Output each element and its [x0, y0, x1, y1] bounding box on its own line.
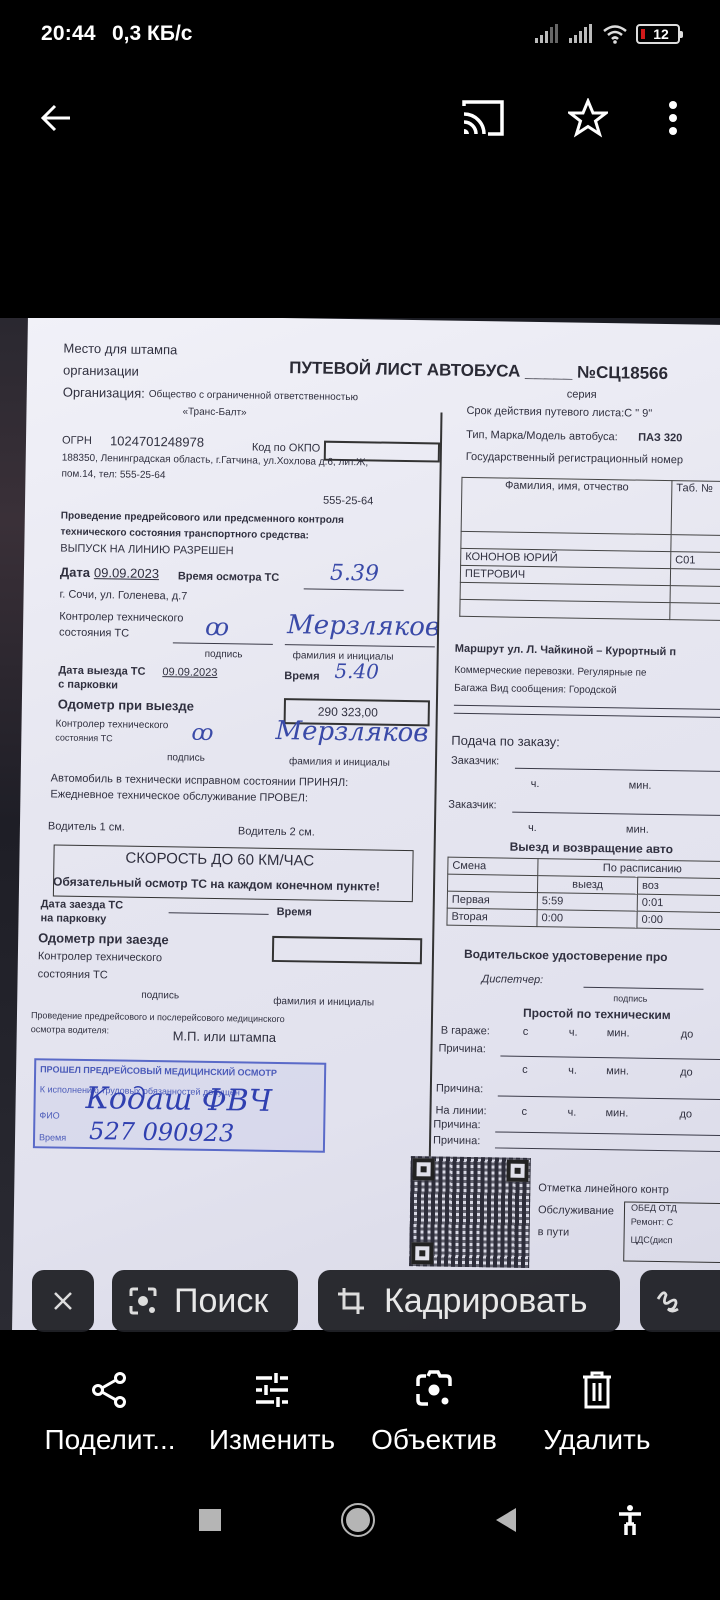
odometer-in-box: [272, 936, 422, 964]
recents-button[interactable]: [180, 1490, 240, 1550]
crew-cell: С01: [671, 552, 720, 570]
schedule-subheader: [447, 874, 537, 892]
validity-label: Срок действия путевого листа:С " 9": [466, 405, 652, 420]
crew-header-tab: Таб. №: [671, 481, 720, 536]
close-icon: [52, 1290, 74, 1312]
star-outline-icon: [568, 98, 608, 138]
departure-date-label-1: Дата выезда ТС: [58, 665, 145, 678]
controller-label-4: состояния ТС: [55, 732, 113, 743]
stamp-line-4: Время: [39, 1132, 66, 1142]
stamp-line-1: ПРОШЕЛ ПРЕДРЕЙСОВЫЙ МЕДИЦИНСКИЙ ОСМОТР: [40, 1064, 277, 1078]
reason-line: [495, 1147, 720, 1152]
reason-line: [500, 1056, 720, 1061]
crew-cell: [671, 535, 720, 553]
reg-number-label: Государственный регистрационный номер: [466, 451, 683, 466]
status-time: 20:44: [41, 22, 96, 46]
back-nav-button[interactable]: [476, 1490, 536, 1550]
customer-line: [512, 812, 720, 817]
return-date-label-1: Дата заезда ТС: [41, 898, 124, 911]
controller-signature-2: ꝏ: [191, 721, 213, 746]
search-chip-label: Поиск: [174, 1282, 268, 1321]
controller-name-handwritten-2: Мерзляков: [275, 716, 428, 748]
crew-cell: [670, 586, 720, 604]
battery-level: 12: [653, 26, 669, 42]
back-triangle-icon: [494, 1506, 518, 1534]
markup-icon: [654, 1287, 682, 1315]
dispatcher-line: [583, 987, 703, 990]
driver2-label: Водитель 2 см.: [238, 825, 315, 838]
qr-finder: [412, 1158, 434, 1180]
edit-label: Изменить: [209, 1424, 335, 1456]
medical-text-1: Проведение предрейсового и послерейсовог…: [31, 1010, 285, 1024]
accessibility-icon: [616, 1504, 644, 1536]
share-label: Поделит...: [44, 1424, 175, 1456]
to-label: до: [681, 1028, 694, 1040]
organization-label: Организация:: [63, 385, 145, 401]
organization: Общество с ограниченной ответственностью: [149, 389, 358, 403]
medical-stamp: ПРОШЕЛ ПРЕДРЕЙСОВЫЙ МЕДИЦИНСКИЙ ОСМОТР К…: [33, 1058, 326, 1153]
controller-label-6: состояния ТС: [38, 968, 108, 981]
more-vert-icon: [667, 100, 679, 136]
lens-icon: [414, 1370, 454, 1410]
date-value: 09.09.2023: [94, 565, 159, 581]
minutes-label-1: мин.: [629, 779, 652, 791]
signature-caption-3: подпись: [141, 990, 179, 1002]
return-date-label-2: на парковку: [40, 912, 106, 925]
cast-button[interactable]: [455, 90, 511, 146]
departure-date: 09.09.2023: [162, 666, 217, 679]
schedule-table: СменаПо расписанию выездвоз Первая5:590:…: [446, 857, 720, 931]
schedule-cell: 5:59: [537, 893, 637, 912]
ogrn-value: 1024701248978: [110, 433, 204, 449]
to-label-2: до: [680, 1066, 693, 1078]
back-button[interactable]: [28, 90, 84, 146]
organization-name: «Транс-Балт»: [182, 406, 246, 418]
address-line1: 188350, Ленинградская область, г.Гатчина…: [62, 453, 369, 469]
share-button[interactable]: Поделит...: [25, 1370, 195, 1456]
schedule-cell: Первая: [447, 891, 537, 909]
dispatcher-signature-caption: подпись: [613, 993, 647, 1004]
bus-model-label: Тип, Марка/Модель автобуса:: [466, 429, 618, 443]
schedule-subheader: выезд: [537, 876, 637, 895]
tune-icon: [252, 1370, 292, 1410]
lens-search-icon: [128, 1286, 158, 1316]
crew-cell: [670, 569, 720, 587]
odometer-out-label: Одометр при выезде: [58, 697, 194, 714]
status-icons: 12: [534, 24, 680, 44]
date-label: Дата: [60, 565, 90, 580]
crew-cell: [460, 599, 670, 619]
schedule-cell: 0:01: [637, 894, 720, 913]
garage-label: В гараже:: [441, 1025, 490, 1038]
name-line: [285, 644, 435, 647]
wifi-icon: [602, 24, 628, 44]
signal-icon: [568, 24, 594, 44]
seal-text: М.П. или штампа: [173, 1028, 277, 1045]
qr-finder: [506, 1160, 528, 1182]
route-type-2: Багажа Вид сообщения: Городской: [454, 683, 617, 697]
home-icon: [340, 1502, 376, 1538]
status-bar: 20:44 0,3 КБ/с 12: [0, 0, 720, 70]
reason-line: [498, 1095, 720, 1100]
cast-icon: [460, 98, 506, 138]
signal-icon: [534, 24, 560, 44]
in-transit-label: в пути: [538, 1226, 570, 1238]
arrow-left-icon: [38, 100, 74, 136]
reason-label-1: Причина:: [438, 1043, 485, 1056]
line-control-label: Отметка линейного контр: [538, 1182, 669, 1196]
search-chip-button[interactable]: Поиск: [112, 1270, 298, 1332]
route: Маршрут ул. Л. Чайкиной – Курортный п: [455, 643, 676, 658]
signature-caption-2: подпись: [167, 752, 205, 764]
accepted-text: Автомобиль в технически исправном состоя…: [51, 772, 349, 789]
control-heading-1: Проведение предрейсового или предсменног…: [61, 511, 344, 526]
side-stamp-line: Ремонт: С: [631, 1217, 674, 1228]
address-line2: пом.14, тел: 555-25-64: [61, 469, 165, 482]
minutes-label-2: мин.: [626, 823, 649, 835]
reason-line: [495, 1131, 720, 1136]
network-speed: 0,3 КБ/с: [112, 22, 192, 46]
reason-label-2: Причина:: [436, 1083, 483, 1096]
crop-chip-button[interactable]: Кадрировать: [318, 1270, 620, 1332]
lens-button[interactable]: Объектив: [349, 1370, 519, 1456]
app-bar: [0, 80, 720, 160]
hours-label-1: ч.: [531, 778, 540, 790]
control-heading-2: технического состояния транспортного сре…: [60, 527, 308, 542]
qr-finder: [411, 1242, 433, 1264]
system-navbar: [0, 1490, 720, 1560]
stamp-handwriting-1: Кодаш ФВЧ: [85, 1081, 272, 1119]
stamp-handwriting-2: 527 090923: [89, 1117, 234, 1147]
inspection-time-handwritten: 5.39: [330, 561, 379, 587]
reason-label-4: Причина:: [433, 1134, 480, 1147]
schedule-cell: 0:00: [537, 910, 637, 929]
controller-signature: ꝏ: [205, 613, 229, 641]
signature-caption: подпись: [205, 649, 243, 661]
license-heading: Водительское удостоверение про: [464, 947, 668, 964]
home-button[interactable]: [328, 1490, 388, 1550]
controller-label-3: Контролер технического: [55, 718, 168, 731]
name-caption-3: фамилия и инициалы: [273, 996, 374, 1009]
departure-date-label-2: с парковки: [58, 679, 118, 692]
order-label: Подача по заказу:: [451, 733, 560, 750]
inspection-time-line: [304, 588, 404, 591]
service-label: Обслуживание: [538, 1204, 614, 1217]
markup-chip-button[interactable]: [640, 1270, 720, 1332]
route-type: Коммерческие перевозки. Регулярные пе: [454, 665, 646, 679]
dispatcher-label: Диспетчер:: [482, 973, 544, 986]
battery-icon: 12: [636, 24, 680, 44]
side-stamp-line: ОБЕД ОТД: [631, 1203, 677, 1214]
stamp-line-3: ФИО: [39, 1110, 59, 1120]
favorite-button[interactable]: [560, 90, 616, 146]
accessibility-button[interactable]: [600, 1490, 660, 1550]
downtime-heading: Простой по техническим: [523, 1006, 671, 1022]
crop-chip-label: Кадрировать: [384, 1282, 587, 1321]
inspection-time-label: Время осмотра ТС: [178, 570, 280, 584]
schedule-header: Смена: [448, 857, 538, 875]
action-chips: Поиск Кадрировать: [0, 1270, 720, 1334]
location: г. Сочи, ул. Голенева, д.7: [60, 589, 188, 603]
release-allowed: ВЫПУСК НА ЛИНИЮ РАЗРЕШЕН: [60, 543, 234, 558]
side-stamp-line: ЦДС(дисп: [630, 1235, 672, 1246]
stamp-place-line1: Место для штампа: [63, 341, 177, 358]
controller-label-2: состояния ТС: [59, 627, 129, 640]
route-line: [454, 705, 720, 711]
delete-label: Удалить: [544, 1424, 651, 1456]
customer-label-1: Заказчик:: [451, 755, 499, 768]
schedule-cell: Вторая: [447, 908, 537, 926]
from-label-3: с: [521, 1106, 527, 1118]
to-label-3: до: [679, 1108, 692, 1120]
more-options-button[interactable]: [645, 90, 701, 146]
phone: 555-25-64: [323, 495, 373, 508]
schedule-heading: Выезд и возвращение авто: [510, 840, 674, 857]
maintenance-text: Ежедневное техническое обслуживание ПРОВ…: [50, 788, 308, 804]
waybill-document: Место для штампа организации ПУТЕВОЙ ЛИС…: [12, 318, 720, 1330]
hours-label-4: ч.: [568, 1065, 577, 1077]
crew-table: Фамилия, имя, отчествоТаб. № КОНОНОВ ЮРИ…: [459, 477, 720, 622]
crop-icon: [336, 1286, 366, 1316]
bus-model: ПАЗ 320: [638, 432, 682, 445]
controller-label-1: Контролер технического: [59, 611, 183, 625]
close-chip-button[interactable]: [32, 1270, 94, 1332]
crew-cell: [670, 603, 720, 621]
recents-icon: [198, 1508, 222, 1532]
customer-label-2: Заказчик:: [448, 799, 496, 812]
trash-icon: [577, 1370, 617, 1410]
driver1-label: Водитель 1 см.: [48, 820, 125, 833]
bottom-actions: Поделит... Изменить Объектив Удалить: [0, 1370, 720, 1480]
return-time-label: Время: [277, 906, 312, 919]
schedule-cell: 0:00: [637, 911, 720, 930]
hours-label-5: ч.: [567, 1107, 576, 1119]
on-line-label: На линии:: [435, 1105, 486, 1118]
medical-text-2: осмотра водителя:: [31, 1024, 109, 1035]
document-title: ПУТЕВОЙ ЛИСТ АВТОБУСА _____ №СЦ18566: [289, 358, 668, 384]
speed-limit: СКОРОСТЬ ДО 60 КМ/ЧАС: [125, 850, 314, 870]
crew-header-name: Фамилия, имя, отчество: [461, 477, 672, 534]
photo-viewer[interactable]: Место для штампа организации ПУТЕВОЙ ЛИС…: [0, 318, 720, 1330]
customer-line: [515, 768, 720, 773]
okpo-label: Код по ОКПО: [252, 442, 321, 455]
lens-label: Объектив: [371, 1424, 497, 1456]
qr-code: [409, 1156, 531, 1268]
minutes-label-3: мин.: [607, 1027, 630, 1039]
signature-line: [173, 642, 273, 645]
minutes-label-4: мин.: [606, 1065, 629, 1077]
edit-button[interactable]: Изменить: [187, 1370, 357, 1456]
controller-name-handwritten: Мерзляков: [287, 610, 440, 642]
reason-label-3: Причина:: [433, 1118, 480, 1131]
ogrn-label: ОГРН: [62, 435, 92, 447]
from-label: с: [523, 1026, 529, 1038]
controller-label-5: Контролер технического: [38, 950, 162, 964]
minutes-label-5: мин.: [605, 1107, 628, 1119]
return-date-line: [169, 912, 269, 915]
schedule-subheader: воз: [637, 877, 720, 896]
from-label-2: с: [522, 1064, 528, 1076]
share-icon: [90, 1370, 130, 1410]
delete-button[interactable]: Удалить: [512, 1370, 682, 1456]
route-line: [454, 713, 720, 719]
departure-time-handwritten: 5.40: [334, 659, 379, 684]
hours-label-2: ч.: [528, 822, 537, 834]
series-label: серия: [567, 388, 597, 400]
hours-label-3: ч.: [569, 1027, 578, 1039]
departure-time-label: Время: [284, 670, 319, 683]
name-caption-2: фамилия и инициалы: [289, 756, 390, 769]
stamp-place-line2: организации: [63, 363, 139, 379]
odometer-in-label: Одометр при заезде: [38, 930, 169, 947]
side-stamp: ОБЕД ОТД Ремонт: С ЦДС(дисп: [623, 1201, 720, 1263]
